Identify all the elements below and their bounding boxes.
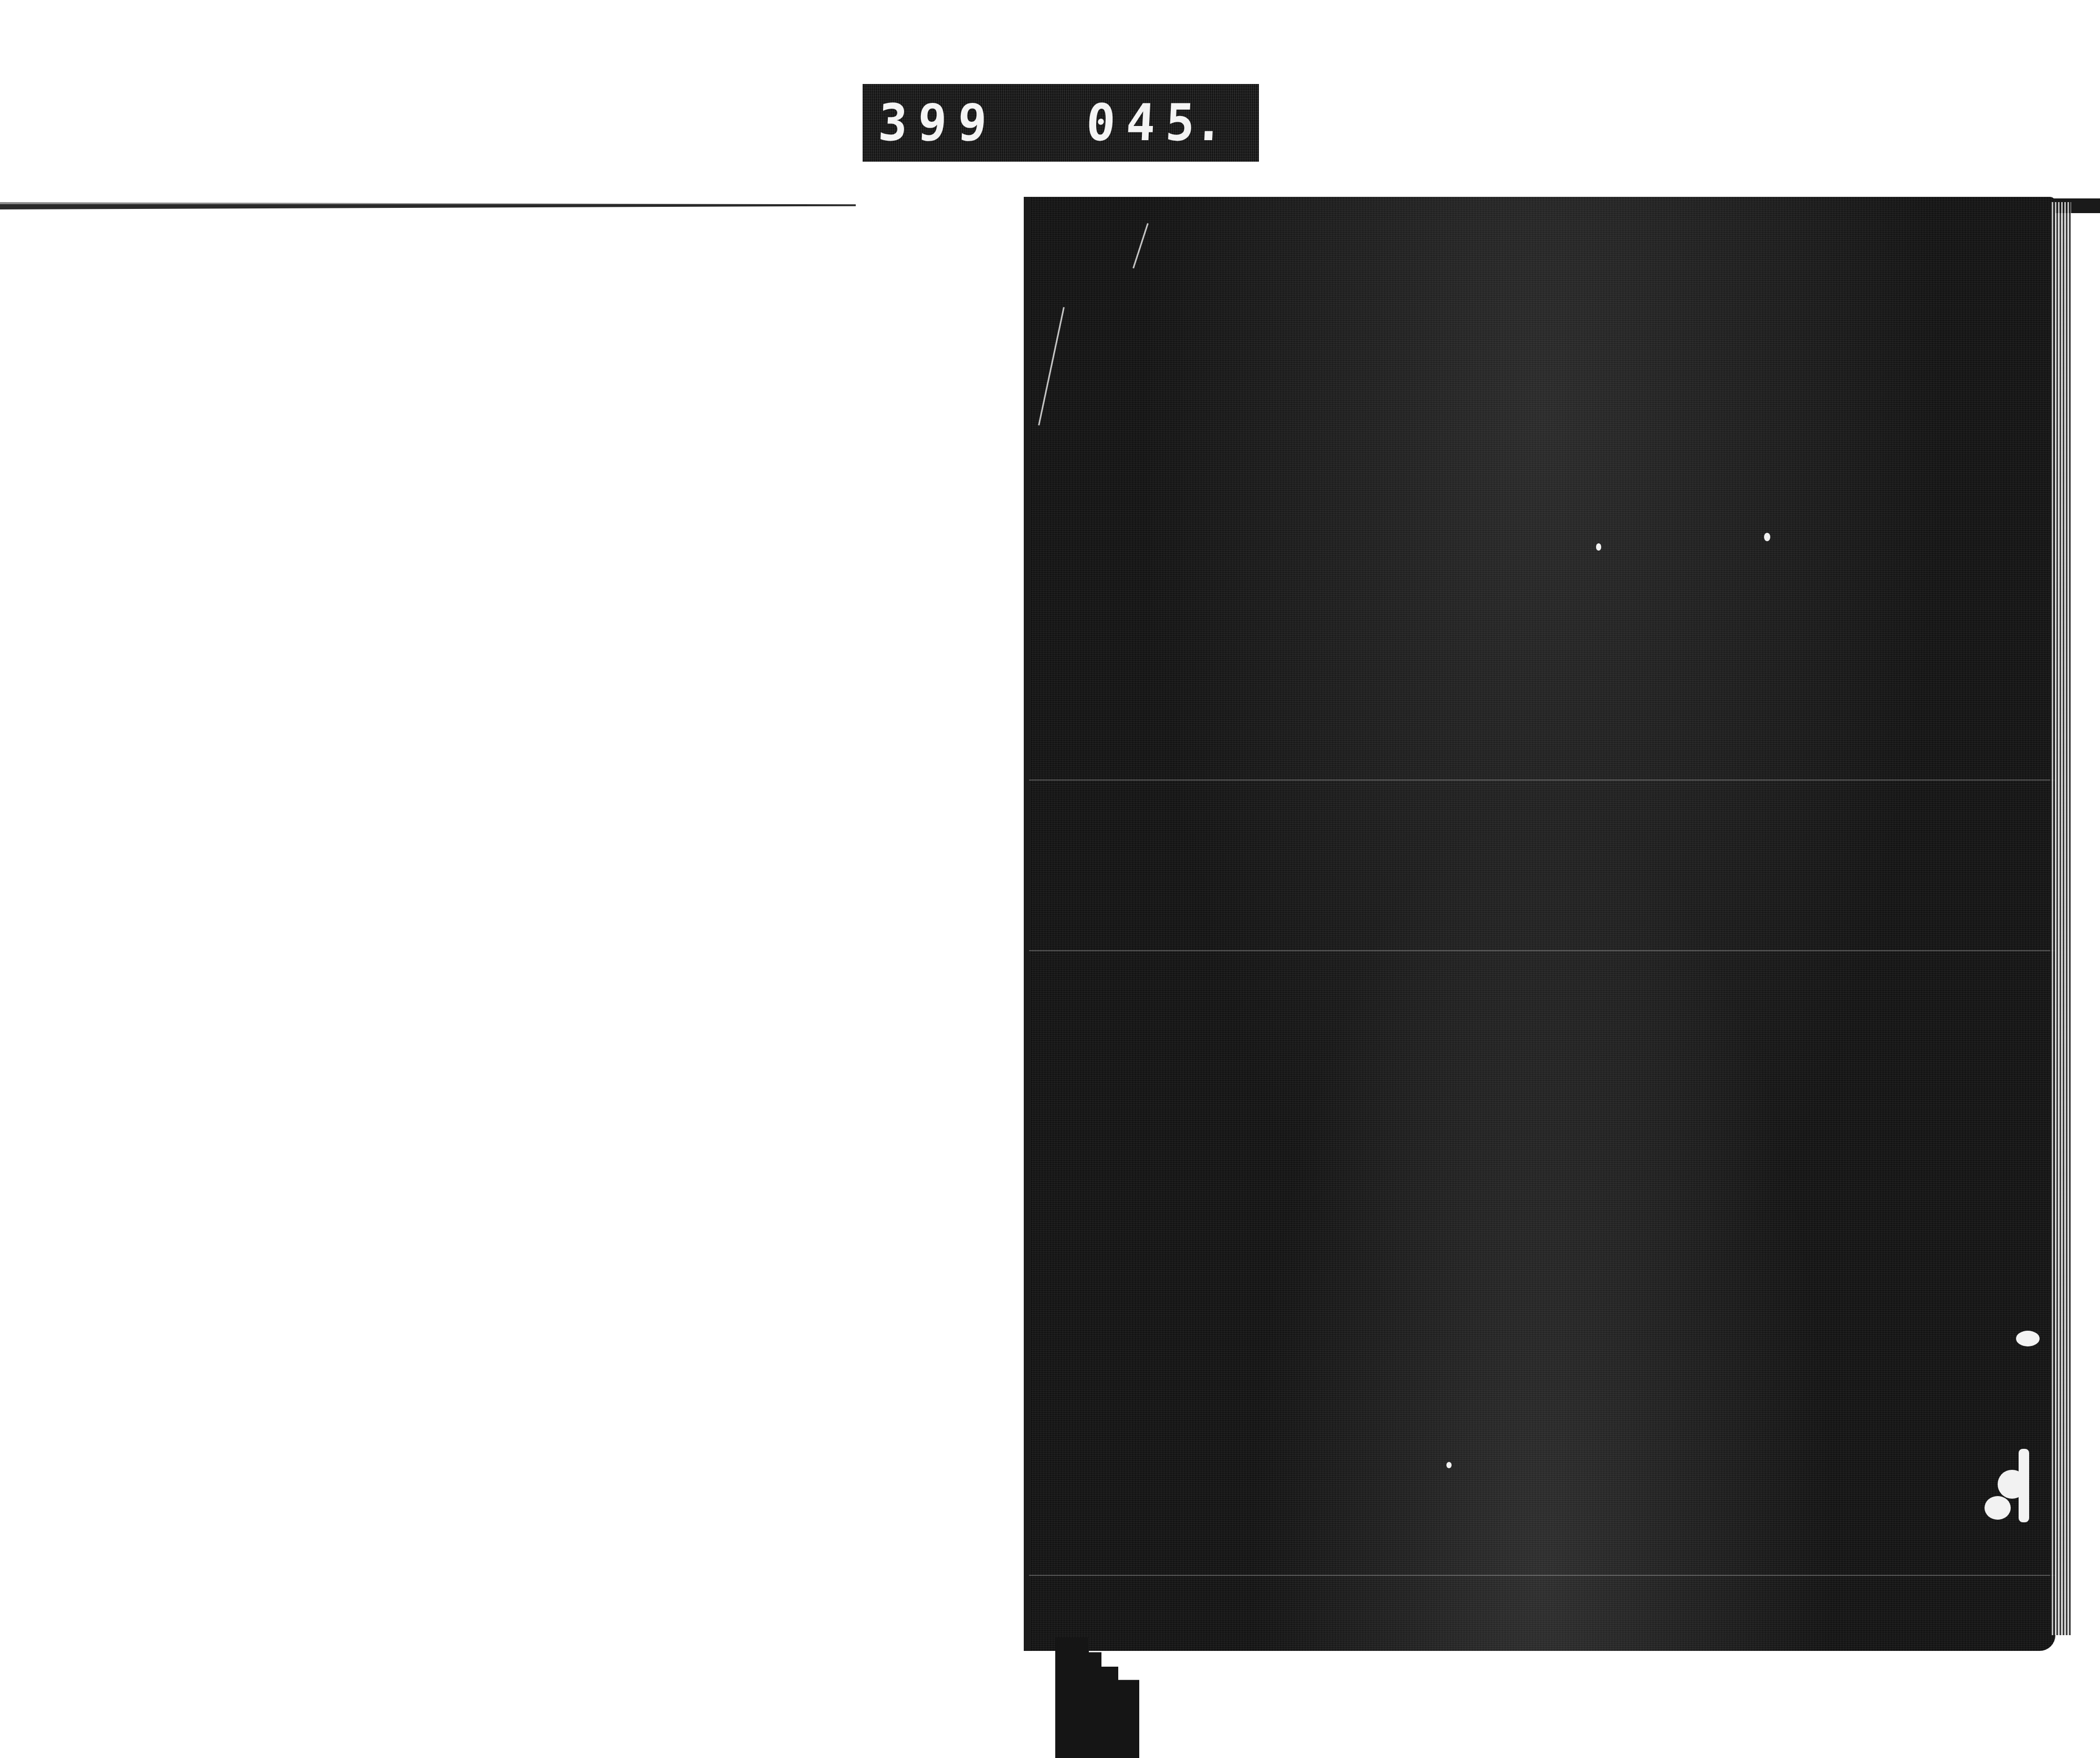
counter-digit: 3 <box>877 98 909 149</box>
counter-right-group: 0 4 5. <box>1086 99 1224 147</box>
counter-left-group: 3 9 9 <box>878 99 986 147</box>
cover-wear-spot <box>1596 543 1601 551</box>
cover-scratch <box>1132 223 1149 269</box>
cover-wear-spot <box>2019 1449 2029 1522</box>
cover-crease <box>1029 950 2055 951</box>
cover-scratch <box>1038 307 1065 426</box>
counter-digit: 5. <box>1164 98 1225 149</box>
counter-digit: 4 <box>1125 98 1156 149</box>
cover-left-edge <box>1024 197 1031 1651</box>
cover-crease <box>1029 1575 2055 1576</box>
cover-wear-spot <box>1764 533 1770 541</box>
binding-foot <box>1055 1638 1139 1758</box>
frame-counter: 3 9 9 0 4 5. <box>863 84 1259 162</box>
cover-wear-spot <box>1984 1496 2011 1520</box>
book-cover <box>1029 197 2055 1651</box>
counter-digit: 9 <box>956 98 988 149</box>
counter-digit: 9 <box>917 98 948 149</box>
cover-crease <box>1029 780 2055 781</box>
cover-wear-spot <box>2016 1331 2040 1346</box>
left-page-top-rule <box>0 202 856 209</box>
page-block-edge <box>2050 202 2071 1635</box>
counter-digit: 0 <box>1085 98 1117 149</box>
cover-wear-spot <box>1446 1462 1452 1468</box>
